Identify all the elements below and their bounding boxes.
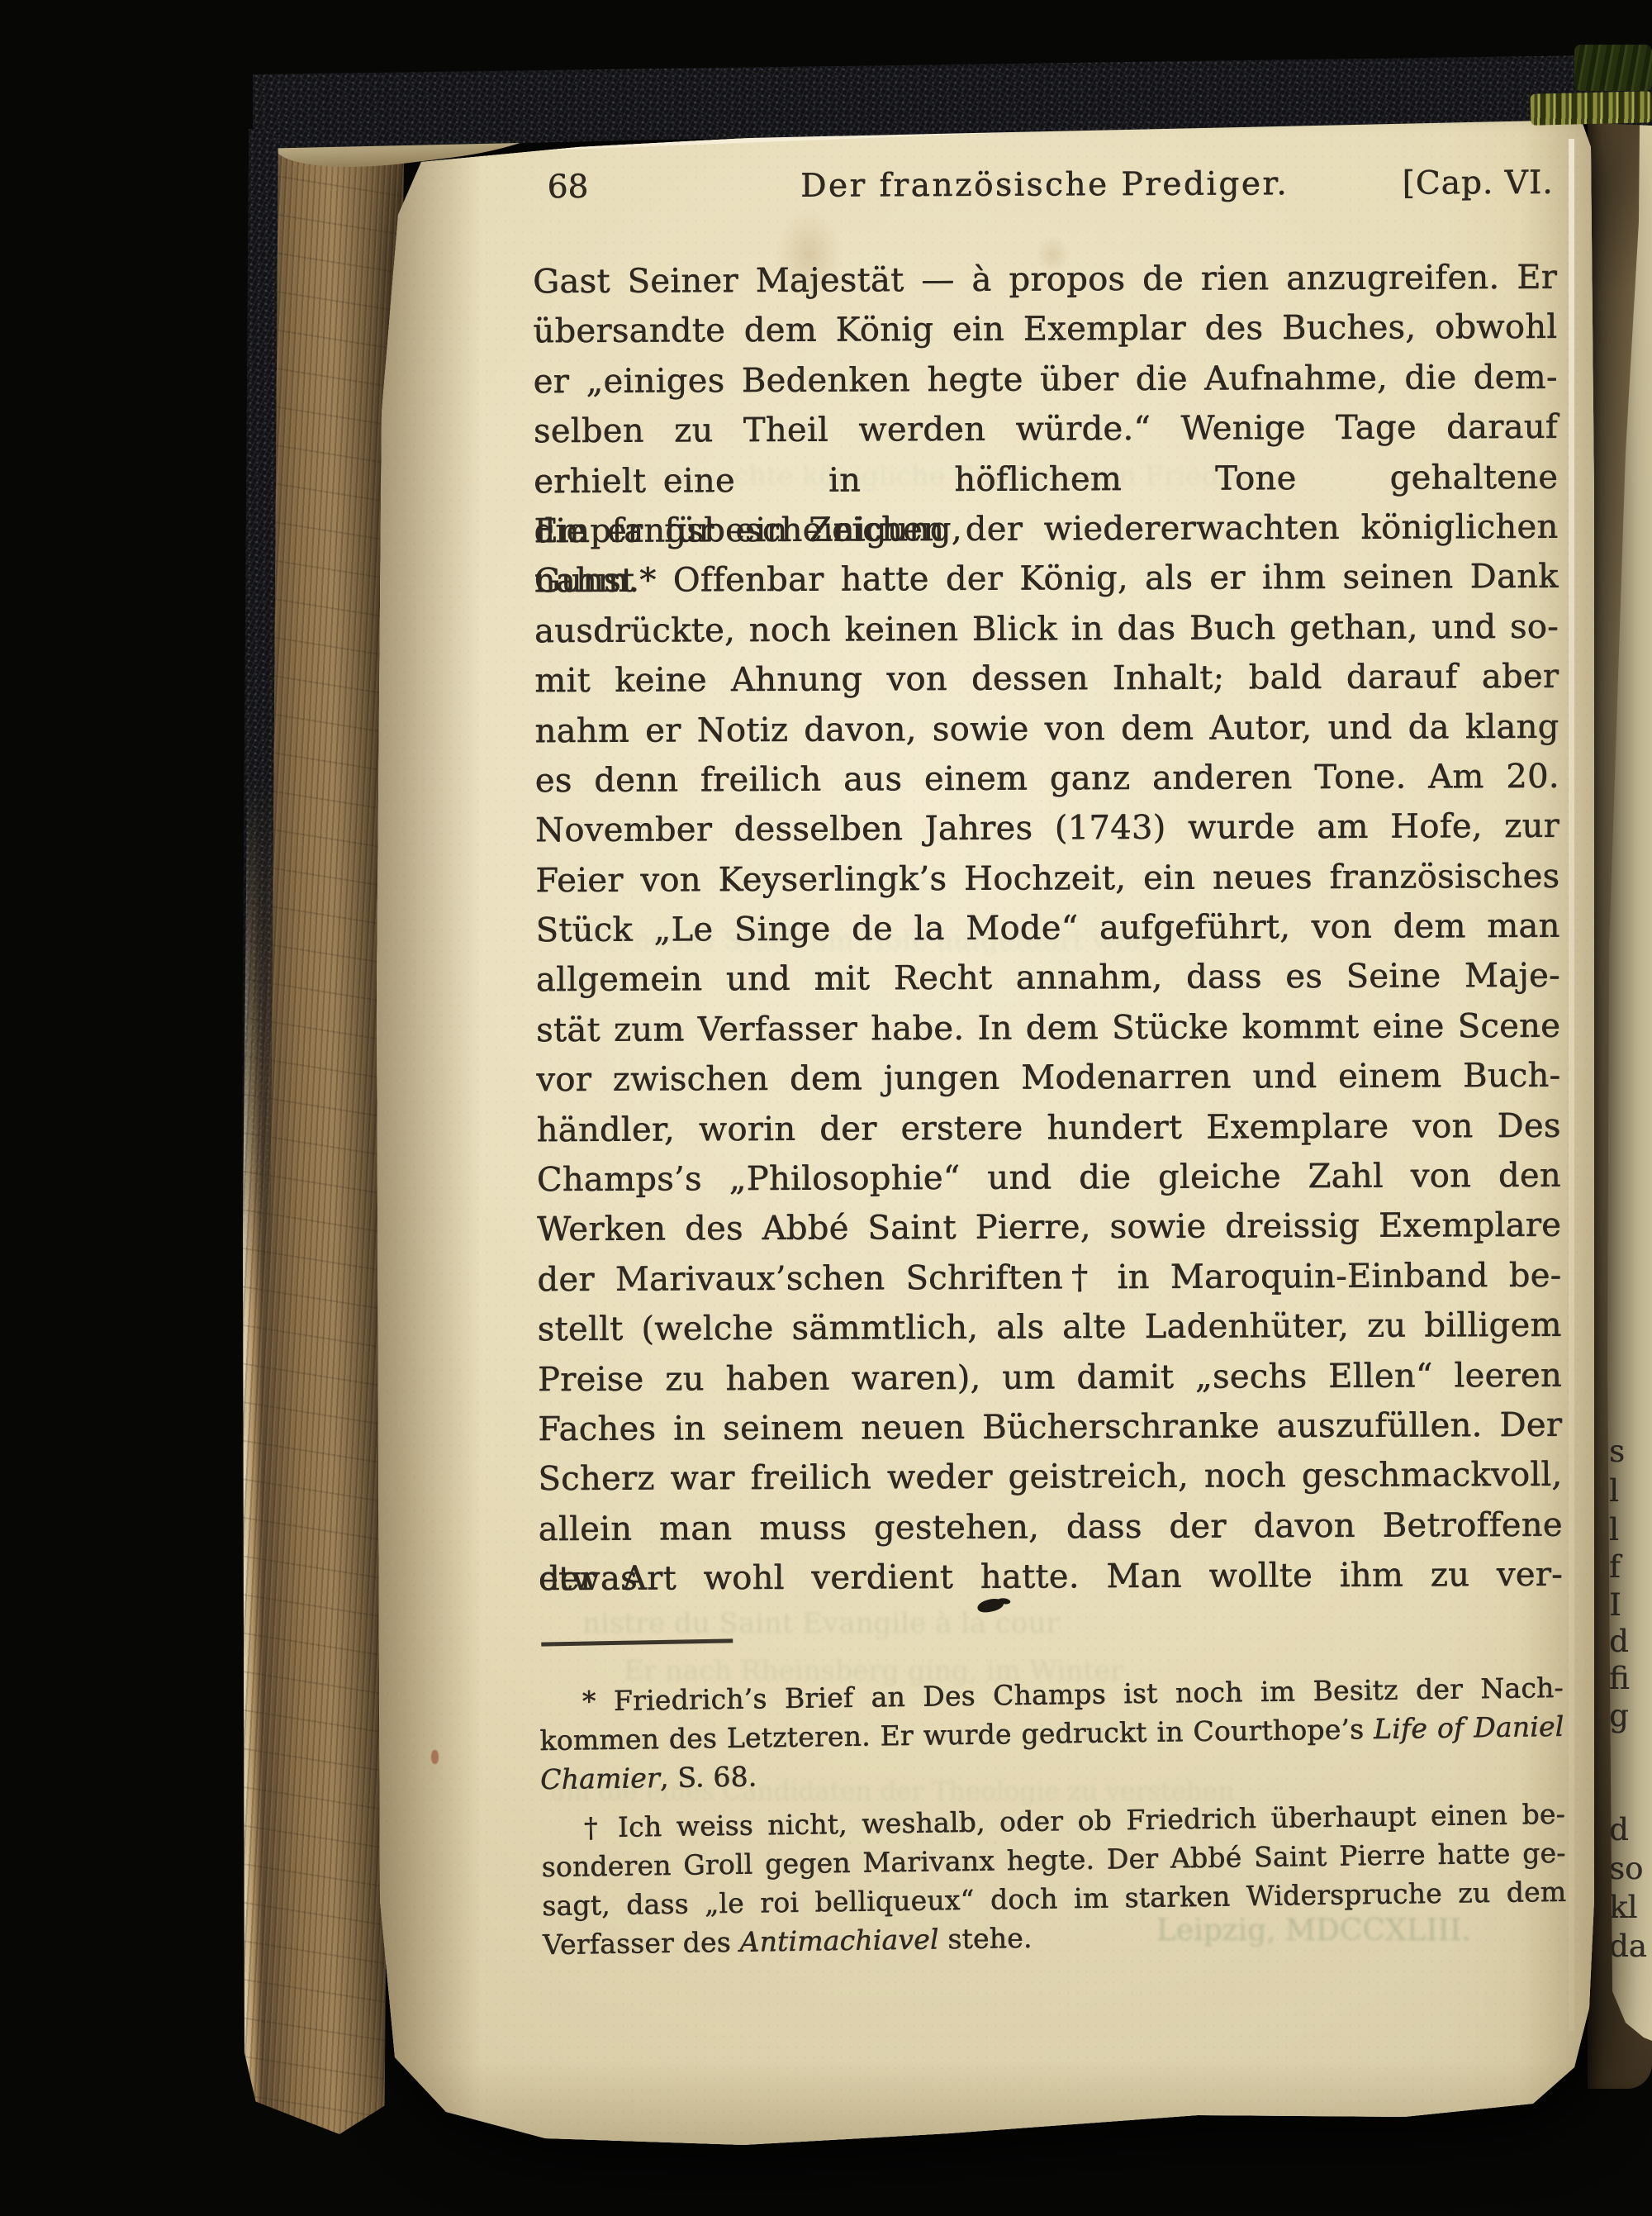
footnotes: * Friedrich’s Brief an Des Champs ist no… [539,1668,1567,1974]
facing-page-line-fragment: s [1609,1436,1625,1467]
body-line: Stück „Le Singe de la Mode“ aufgeführt, … [535,901,1559,956]
footnote-segment: , S. 68. [660,1760,757,1794]
body-line: es denn freilich aus einem ganz anderen … [535,751,1559,806]
body-line: Champs’s „Philosophie“ und die gleiche Z… [537,1151,1561,1205]
body-line: allgemein und mit Recht annahm, dass es … [536,951,1560,1006]
body-line: stellt (welche sämmtlich, als alte Laden… [537,1301,1561,1355]
body-line: Faches in seinem neuen Bücherschranke au… [538,1400,1562,1455]
footnote-segment: stehe. [938,1922,1032,1956]
adjacent-cover-corner [1574,45,1652,91]
footnote-italic-segment: Chamier [540,1762,660,1795]
body-line: er „einiges Bedenken hegte über die Aufn… [533,352,1557,407]
body-line: nahm.* Offenbar hatte der König, als er … [534,552,1559,606]
facing-page-line-fragment: so [1609,1853,1643,1884]
scanned-book-photo: sllfIdfigdsoklda nistre du Saint Evangil… [0,0,1652,2216]
facing-page-line-fragment: g [1609,1700,1629,1731]
facing-page-line-fragment: d [1609,1626,1629,1657]
body-text: Gast Seiner Majestät — à propos de rien … [533,253,1563,1605]
body-line: mit keine Ahnung von dessen Inhalt; bald… [534,652,1559,706]
footnote-italic-segment: Life of Daniel [1374,1710,1564,1745]
page-header: 68 Der französische Prediger. [Cap. VI. [532,164,1556,213]
body-line: Feier von Keyserlingk’s Hochzeit, ein ne… [535,851,1559,906]
body-line: selben zu Theil werden würde.“ Wenige Ta… [534,402,1558,457]
body-line: nahm er Notiz davon, sowie von dem Autor… [534,701,1559,756]
body-line: stät zum Verfasser habe. In dem Stücke k… [536,1001,1560,1055]
facing-page-line-fragment: l [1609,1476,1619,1506]
body-line: der Art wohl verdient hatte. Man wollte … [539,1550,1563,1605]
body-line: allein man muss gestehen, dass der davon… [539,1500,1563,1554]
body-line: ausdrückte, noch keinen Blick in das Buc… [534,602,1559,656]
body-line: die er für ein Zeichen der wiedererwacht… [534,502,1558,557]
body-line: Gast Seiner Majestät — à propos de rien … [533,253,1557,307]
facing-page-line-fragment: fi [1609,1663,1630,1694]
footnote-italic-segment: Antimachiavel [739,1923,939,1957]
body-line: er eine in höflichem Tone gehaltene Empf… [534,452,1558,506]
footnote: † Ich weiss nicht, weshalb, oder ob Frie… [541,1795,1568,1964]
body-line: Werken des Abbé Saint Pierre, sowie drei… [537,1201,1561,1255]
facing-page-line-fragment: kl [1609,1892,1637,1923]
body-line: übersandte dem König ein Exemplar des Bu… [533,302,1557,357]
facing-page-line-fragment: I [1609,1590,1621,1620]
footnote: * Friedrich’s Brief an Des Champs ist no… [539,1668,1564,1799]
body-line: Preise zu haben waren), um damit „sechs … [538,1350,1562,1405]
facing-page-line-fragment: da [1609,1931,1647,1962]
footnote-separator [541,1638,733,1646]
body-line: November desselben Jahres (1743) wurde a… [535,801,1559,856]
facing-page-line-fragment: l [1609,1515,1619,1545]
book-page: nistre du Saint Evangile à la courEr nac… [373,76,1594,2152]
chapter-label: [Cap. VI. [1402,164,1553,202]
footnote-segment: Verfasser des [543,1926,740,1961]
facing-page-line-fragment: f [1609,1552,1621,1582]
body-line: händler, worin der erstere hundert Exemp… [536,1101,1560,1155]
body-line: Scherz war freilich weder geistreich, no… [538,1450,1562,1505]
body-line: vor zwischen dem jungen Modenarren und e… [536,1051,1560,1106]
facing-page-line-fragment: d [1609,1814,1629,1845]
body-line: der Marivaux’schen Schriften† in Maroqui… [537,1250,1561,1305]
cover-cloth-fibers [1531,91,1652,126]
